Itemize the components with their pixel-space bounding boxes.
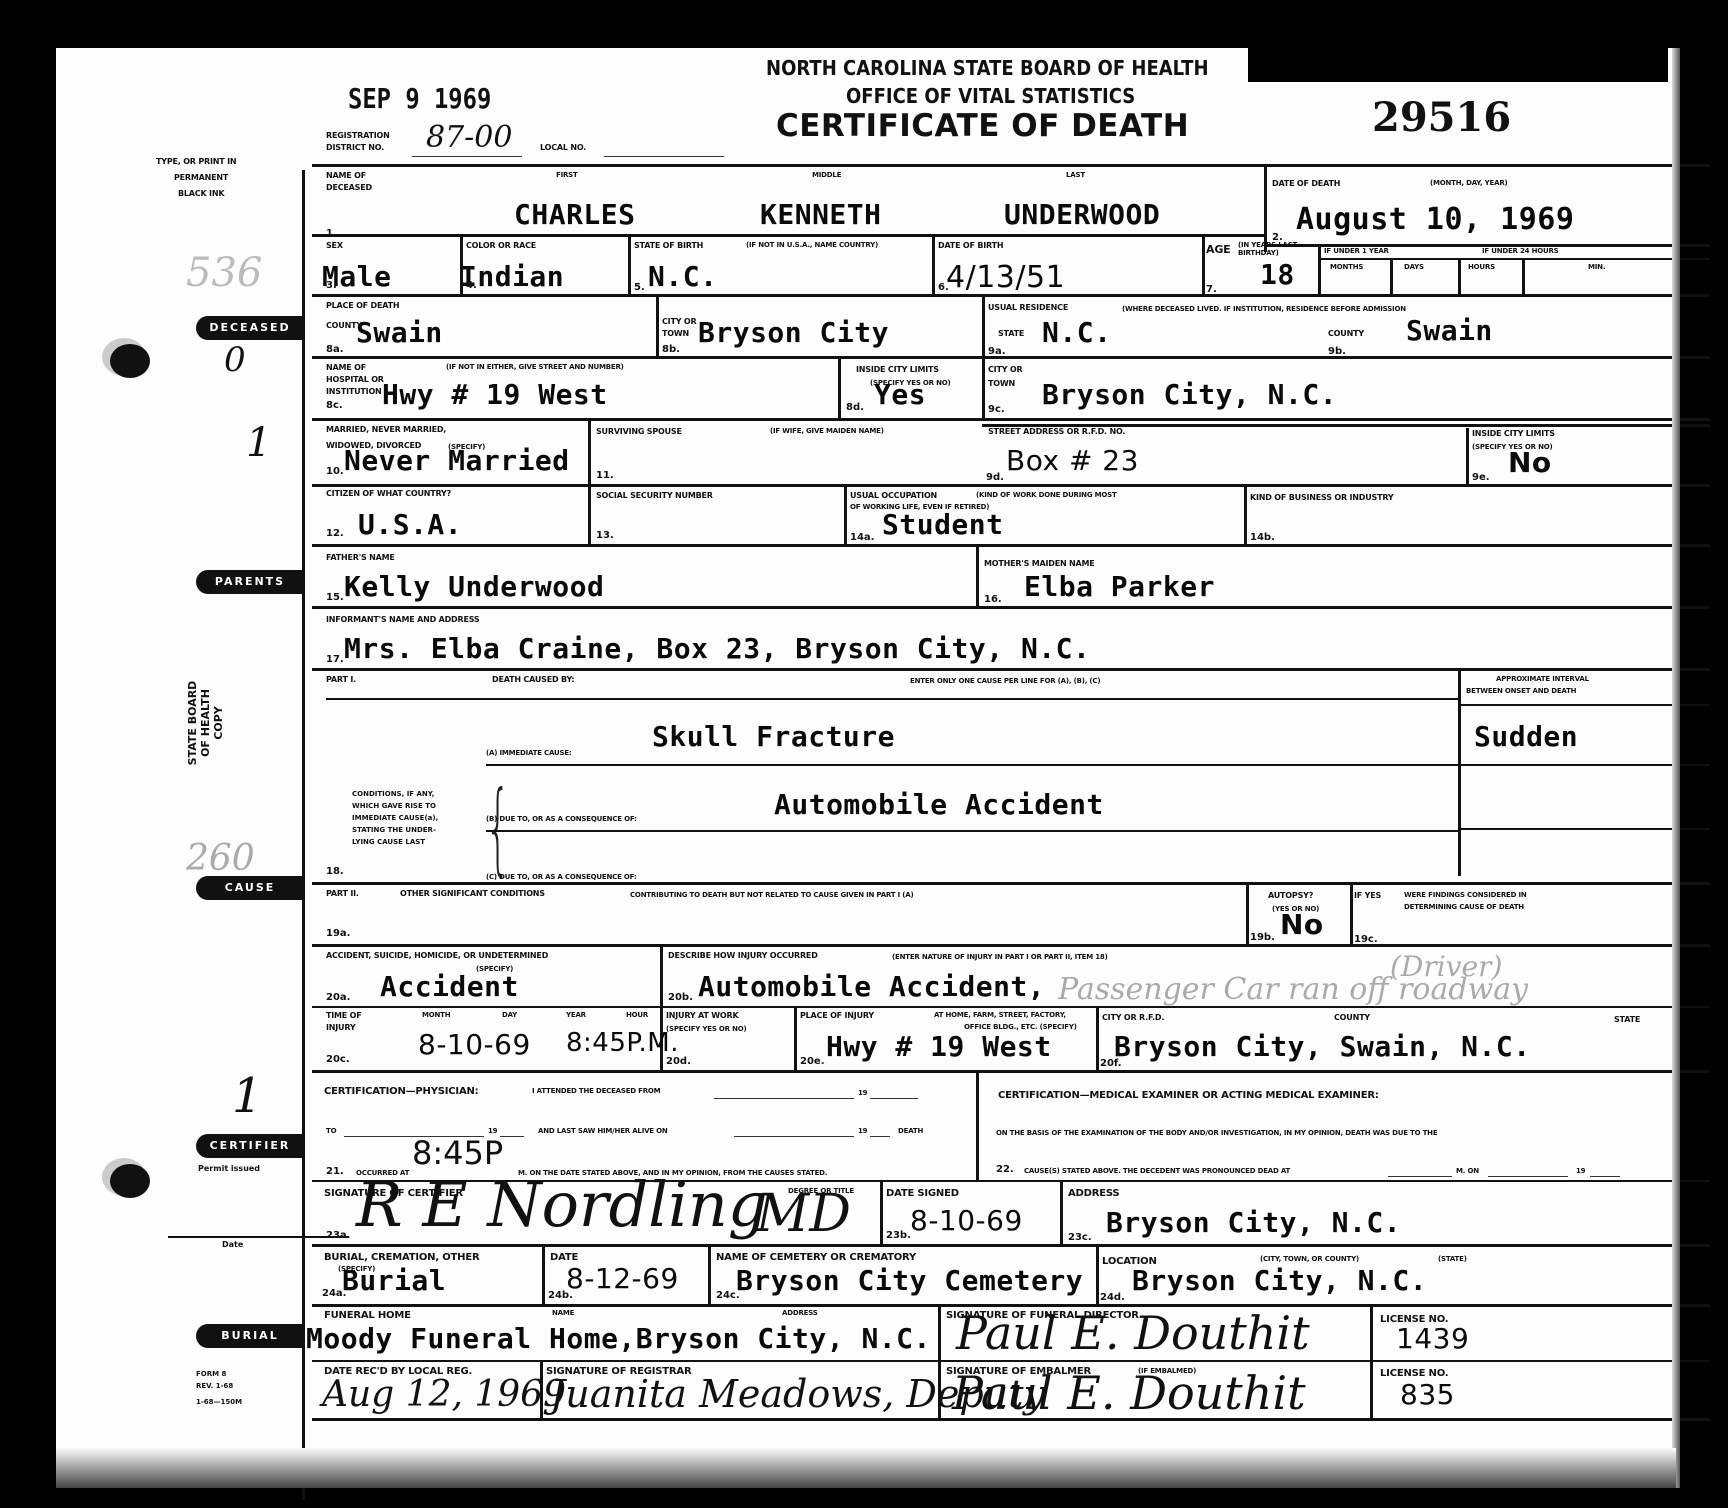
- last-saw-year[interactable]: [870, 1136, 890, 1137]
- agency-line-1: NORTH CAROLINA STATE BOARD OF HEALTH: [766, 56, 1209, 80]
- months-label: MONTHS: [1330, 264, 1363, 272]
- how-injury-occurred[interactable]: Automobile Accident,: [698, 970, 1045, 1003]
- item-number-8c: 8c.: [326, 400, 343, 411]
- hours-label: HOURS: [1468, 264, 1495, 272]
- time-of-injury-label-2: INJURY: [326, 1024, 355, 1033]
- item-number-5: 5.: [634, 282, 645, 293]
- item-number-23a: 23a.: [326, 1230, 350, 1241]
- item-number-23c: 23c.: [1068, 1232, 1092, 1243]
- margin-annotation-1a: 1: [246, 420, 271, 466]
- burial-date[interactable]: 8-12-69: [566, 1262, 679, 1295]
- residence-county[interactable]: Swain: [1406, 314, 1493, 347]
- section-tab-parents: PARENTS: [196, 570, 304, 594]
- divider: [932, 236, 935, 296]
- death-certificate-page: SEP 9 1969 NORTH CAROLINA STATE BOARD OF…: [56, 48, 1676, 1488]
- inside-city-limits[interactable]: Yes: [874, 378, 926, 411]
- redaction-block: [1248, 44, 1668, 82]
- divider: [312, 356, 1710, 359]
- age-hint: (IN YEARS LAST BIRTHDAY): [1238, 242, 1318, 257]
- ink-instruction-3: BLACK INK: [178, 190, 224, 199]
- pronounced-date-field[interactable]: [1488, 1176, 1568, 1177]
- medical-examiner-label: CERTIFICATION—MEDICAL EXAMINER OR ACTING…: [998, 1090, 1379, 1101]
- other-conditions-label: OTHER SIGNIFICANT CONDITIONS: [400, 890, 545, 899]
- mother-label: MOTHER'S MAIDEN NAME: [984, 560, 1095, 569]
- place-of-injury-label: PLACE OF INJURY: [800, 1012, 874, 1021]
- ssn-label: SOCIAL SECURITY NUMBER: [596, 492, 713, 501]
- item-number-9d: 9d.: [986, 472, 1004, 483]
- autopsy[interactable]: No: [1280, 908, 1324, 941]
- divider: [1096, 1246, 1099, 1306]
- divider: [1318, 258, 1710, 260]
- injury-at-work-hint: (SPECIFY YES OR NO): [666, 1026, 747, 1034]
- race-label: COLOR OR RACE: [466, 242, 536, 251]
- section-tab-cause: CAUSE: [196, 876, 304, 900]
- me-text-1: ON THE BASIS OF THE EXAMINATION OF THE B…: [996, 1130, 1437, 1138]
- embalmer-license[interactable]: 835: [1400, 1378, 1455, 1411]
- state-of-birth-hint: (IF NOT IN U.S.A., NAME COUNTRY): [746, 242, 878, 250]
- divider: [312, 944, 1710, 947]
- item-number-20a: 20a.: [326, 992, 350, 1003]
- copy-label: STATE BOARD OF HEALTH COPY: [186, 668, 225, 778]
- hospital-or-institution[interactable]: Hwy # 19 West: [382, 378, 608, 411]
- injury-date[interactable]: 8-10-69: [418, 1028, 531, 1061]
- how-injury-hint: (ENTER NATURE OF INJURY IN PART I OR PAR…: [892, 954, 1108, 962]
- conditions-label-line: CONDITIONS, IF ANY,: [352, 788, 438, 800]
- injury-location[interactable]: Bryson City, Swain, N.C.: [1114, 1030, 1531, 1063]
- manner-label: ACCIDENT, SUICIDE, HOMICIDE, OR UNDETERM…: [326, 952, 548, 961]
- divider: [312, 544, 1710, 547]
- divider: [838, 358, 841, 420]
- divider: [1060, 1182, 1063, 1244]
- divider: [486, 830, 1458, 832]
- agency-line-2: OFFICE OF VITAL STATISTICS: [846, 84, 1135, 108]
- other-conditions-hint: CONTRIBUTING TO DEATH BUT NOT RELATED TO…: [630, 892, 913, 900]
- injury-county-label: COUNTY: [1334, 1014, 1370, 1023]
- last-name-label: LAST: [1066, 172, 1085, 180]
- funeral-name-hint: NAME: [552, 1310, 574, 1318]
- findings-label-3: DETERMINING CAUSE OF DEATH: [1404, 904, 1524, 912]
- death-text: DEATH: [898, 1128, 923, 1136]
- spouse-hint: (IF WIFE, GIVE MAIDEN NAME): [770, 428, 884, 436]
- year-prefix-1: 19: [858, 1090, 867, 1098]
- ssn-field[interactable]: [616, 510, 836, 540]
- permit-date-label: Date: [222, 1240, 243, 1249]
- item-number-13: 13.: [596, 530, 614, 541]
- days-label: DAYS: [1404, 264, 1424, 272]
- spouse-label: SURVIVING SPOUSE: [596, 428, 682, 437]
- frame-left: [302, 170, 305, 1500]
- age-label: AGE: [1206, 244, 1230, 256]
- item-number-18: 18.: [326, 866, 344, 877]
- brace-icon: {: [485, 778, 510, 878]
- middle-name-label: MIDDLE: [812, 172, 841, 180]
- divider: [1390, 258, 1393, 296]
- conditions-label-line: WHICH GAVE RISE TO: [352, 800, 438, 812]
- certifier-signature[interactable]: R E Nordling: [356, 1168, 768, 1241]
- occupation-label: USUAL OCCUPATION: [850, 492, 937, 501]
- last-saw-field[interactable]: [734, 1136, 854, 1137]
- item-number-11: 11.: [596, 470, 614, 481]
- autopsy-label: AUTOPSY?: [1268, 892, 1313, 901]
- funeral-home-label: FUNERAL HOME: [324, 1310, 411, 1321]
- residence-city-label-2: TOWN: [988, 380, 1015, 389]
- month-label: MONTH: [422, 1012, 450, 1020]
- item-number-12: 12.: [326, 528, 344, 539]
- date-received[interactable]: Aug 12, 1969: [322, 1374, 566, 1415]
- item-number-16: 16.: [984, 594, 1002, 605]
- how-injury-label: DESCRIBE HOW INJURY OCCURRED: [668, 952, 818, 961]
- informant-name-address[interactable]: Mrs. Elba Craine, Box 23, Bryson City, N…: [344, 632, 1090, 665]
- divider: [656, 296, 659, 358]
- form-number-2: REV. 1-68: [196, 1382, 233, 1390]
- informant-label: INFORMANT'S NAME AND ADDRESS: [326, 616, 479, 625]
- year-prefix-4: 19: [1576, 1168, 1585, 1176]
- ink-instruction-2: PERMANENT: [174, 174, 228, 183]
- divider: [1246, 884, 1249, 944]
- item-number-8b: 8b.: [662, 344, 680, 355]
- section-tab-certifier: CERTIFIER: [196, 1134, 304, 1158]
- residence-city[interactable]: Bryson City, N.C.: [1042, 378, 1337, 411]
- cause-b-consequence[interactable]: Automobile Accident: [774, 788, 1104, 821]
- injury-hour[interactable]: 8:45P.M.: [566, 1028, 679, 1058]
- part-1-label: PART I.: [326, 676, 356, 685]
- pronounced-time-field[interactable]: [1388, 1176, 1452, 1177]
- divider: [312, 234, 1264, 237]
- day-label: DAY: [502, 1012, 517, 1020]
- item-number-8a: 8a.: [326, 344, 344, 355]
- disposition[interactable]: Burial: [342, 1264, 446, 1297]
- hospital-label-3: INSTITUTION: [326, 388, 382, 397]
- margin-annotation-260: 260: [186, 838, 255, 879]
- min-label: MIN.: [1588, 264, 1605, 272]
- date-signed-label: DATE SIGNED: [886, 1188, 959, 1199]
- item-number-9c: 9c.: [988, 404, 1005, 415]
- burial-location[interactable]: Bryson City, N.C.: [1132, 1264, 1427, 1297]
- registration-label-1: REGISTRATION: [326, 132, 390, 141]
- marital-label-1: MARRIED, NEVER MARRIED,: [326, 426, 446, 435]
- divider: [312, 1070, 1710, 1073]
- divider: [312, 1006, 1710, 1008]
- registration-underline: [412, 156, 522, 157]
- cemetery-label: NAME OF CEMETERY OR CREMATORY: [716, 1252, 916, 1263]
- hospital-label-1: NAME OF: [326, 364, 366, 373]
- date-of-death-hint: (MONTH, DAY, YEAR): [1430, 180, 1508, 188]
- item-number-23b: 23b.: [886, 1230, 911, 1241]
- attended-to-year[interactable]: [500, 1136, 524, 1137]
- street-address[interactable]: Box # 23: [1006, 444, 1139, 477]
- last-saw-text: AND LAST SAW HIM/HER ALIVE ON: [538, 1128, 668, 1136]
- document-title: CERTIFICATE OF DEATH: [776, 108, 1189, 144]
- hour-label: HOUR: [626, 1012, 648, 1020]
- business-label: KIND OF BUSINESS OR INDUSTRY: [1250, 494, 1393, 503]
- me-text-3: M. ON: [1456, 1168, 1479, 1176]
- divider: [1264, 166, 1267, 252]
- divider: [1096, 1008, 1099, 1070]
- first-name[interactable]: CHARLES: [514, 198, 636, 231]
- item-number-14b: 14b.: [1250, 532, 1275, 543]
- item-number-8d: 8d.: [846, 402, 864, 413]
- middle-name[interactable]: KENNETH: [760, 198, 882, 231]
- injury-at-work-label: INJURY AT WORK: [666, 1012, 738, 1021]
- item-number-10: 10.: [326, 466, 344, 477]
- item-number-19a: 19a.: [326, 928, 350, 939]
- cause-instruction: ENTER ONLY ONE CAUSE PER LINE FOR (a), (…: [910, 678, 1100, 686]
- interval-label-2: BETWEEN ONSET AND DEATH: [1466, 688, 1576, 696]
- divider: [588, 420, 591, 546]
- divider: [1522, 258, 1525, 296]
- mother-maiden-name[interactable]: Elba Parker: [1024, 570, 1215, 603]
- residence-hint: (WHERE DECEASED LIVED. IF INSTITUTION, R…: [1122, 306, 1406, 314]
- bottom-edge-shadow: [56, 1448, 1676, 1488]
- copy-label-1: STATE BOARD: [186, 668, 199, 778]
- divider: [312, 668, 1710, 671]
- item-number-3: 3.: [326, 280, 337, 291]
- copy-label-3: COPY: [212, 668, 225, 778]
- sex-label: SEX: [326, 242, 343, 251]
- father-name[interactable]: Kelly Underwood: [344, 570, 604, 603]
- divider: [312, 418, 1710, 421]
- burial-location-hint: (CITY, TOWN, OR COUNTY): [1260, 1256, 1359, 1264]
- divider: [312, 294, 1710, 297]
- item-number-14a: 14a.: [850, 532, 874, 543]
- date-of-death[interactable]: August 10, 1969: [1296, 202, 1574, 237]
- divider: [844, 486, 847, 546]
- ink-instruction-1: TYPE, OR PRINT IN: [156, 158, 236, 167]
- divider: [312, 1360, 1710, 1362]
- copy-label-2: OF HEALTH: [199, 668, 212, 778]
- divider: [1202, 236, 1205, 296]
- date-of-birth-label: DATE OF BIRTH: [938, 242, 1003, 251]
- divider: [486, 764, 1458, 766]
- findings-label-1: IF YES: [1354, 892, 1381, 901]
- name-label-1: NAME OF: [326, 172, 366, 181]
- margin-annotation-1b: 1: [232, 1068, 263, 1124]
- item-number-9e: 9e.: [1472, 472, 1490, 483]
- physician-certification-label: CERTIFICATION—PHYSICIAN:: [324, 1086, 478, 1097]
- state-of-birth[interactable]: N.C.: [648, 260, 717, 293]
- divider: [794, 1008, 797, 1070]
- death-time[interactable]: 8:45P: [412, 1134, 503, 1172]
- death-county[interactable]: Swain: [356, 316, 443, 349]
- disposition-label: BURIAL, CREMATION, OTHER: [324, 1252, 479, 1263]
- date-of-death-label: DATE OF DEATH: [1272, 180, 1340, 189]
- death-caused-by-label: DEATH CAUSED BY:: [492, 676, 574, 685]
- item-number-22: 22.: [996, 1164, 1014, 1175]
- divider: [312, 882, 1710, 885]
- director-signature[interactable]: Paul E. Douthit: [956, 1306, 1310, 1360]
- divider: [1244, 486, 1247, 546]
- divider: [1370, 1306, 1373, 1418]
- conditions-label-line: IMMEDIATE CAUSE(a),: [352, 812, 438, 824]
- citizenship[interactable]: U.S.A.: [358, 508, 462, 541]
- divider: [976, 1072, 979, 1182]
- divider: [312, 1244, 1710, 1247]
- father-label: FATHER'S NAME: [326, 554, 395, 563]
- cause-c-label: (c) DUE TO, OR AS A CONSEQUENCE OF:: [486, 874, 636, 882]
- item-number-21: 21.: [326, 1166, 344, 1177]
- injury-city-label: CITY OR R.F.D.: [1102, 1014, 1164, 1023]
- margin-annotation-0: 0: [224, 340, 246, 380]
- divider: [1458, 258, 1461, 296]
- attended-from-field[interactable]: [714, 1098, 854, 1099]
- certifier-address-label: ADDRESS: [1068, 1188, 1119, 1199]
- cause-a-interval[interactable]: Sudden: [1474, 720, 1578, 753]
- embalmer-signature[interactable]: Paul E. Douthit: [952, 1366, 1306, 1420]
- interval-label-1: APPROXIMATE INTERVAL: [1496, 676, 1589, 684]
- part-2-label: PART II.: [326, 890, 359, 899]
- registration-district-value: 87-00: [426, 120, 512, 155]
- marital-status[interactable]: Never Married: [344, 444, 570, 477]
- cause-a-immediate[interactable]: Skull Fracture: [652, 720, 895, 753]
- me-text-2: CAUSE(S) STATED ABOVE. THE DECEDENT WAS …: [1024, 1168, 1290, 1176]
- under-24-hours-label: IF UNDER 24 HOURS: [1482, 248, 1559, 256]
- divider: [1318, 244, 1321, 296]
- cemetery-name[interactable]: Bryson City Cemetery: [736, 1264, 1083, 1297]
- item-number-4: 4.: [466, 280, 477, 291]
- divider: [1466, 428, 1469, 486]
- section-tab-burial: BURIAL: [196, 1324, 304, 1348]
- injury-at-work-field[interactable]: [692, 1038, 788, 1064]
- other-conditions-field[interactable]: [356, 908, 1236, 938]
- divider: [628, 236, 631, 296]
- conditions-label: CONDITIONS, IF ANY, WHICH GAVE RISE TO I…: [352, 788, 438, 848]
- certifier-degree[interactable]: MD: [756, 1184, 851, 1244]
- right-edge-shadow: [1672, 48, 1680, 1488]
- punch-hole-top: [110, 344, 150, 378]
- residence-county-label: COUNTY: [1328, 330, 1364, 339]
- stamp-date: SEP 9 1969: [348, 82, 491, 115]
- divider: [976, 546, 979, 608]
- certificate-number: 29516: [1372, 94, 1511, 141]
- director-license[interactable]: 1439: [1396, 1322, 1469, 1355]
- divider: [1350, 884, 1353, 944]
- date-of-birth[interactable]: 4/13/51: [946, 260, 1065, 295]
- hospital-hint: (IF NOT IN EITHER, GIVE STREET AND NUMBE…: [446, 364, 624, 372]
- attended-text: I ATTENDED THE DECEASED FROM: [532, 1088, 660, 1096]
- local-no-label: LOCAL NO.: [540, 144, 586, 153]
- citizen-label: CITIZEN OF WHAT COUNTRY?: [326, 490, 451, 499]
- time-of-injury-label-1: TIME OF: [326, 1012, 362, 1021]
- residence-city-label-1: CITY OR: [988, 366, 1022, 375]
- item-number-20e: 20e.: [800, 1056, 825, 1067]
- certifier-address[interactable]: Bryson City, N.C.: [1106, 1206, 1401, 1239]
- findings-label-2: WERE FINDINGS CONSIDERED IN: [1404, 892, 1527, 900]
- divider: [708, 1246, 711, 1306]
- residence-inside-city-label: INSIDE CITY LIMITS: [1472, 430, 1555, 439]
- occupation[interactable]: Student: [882, 508, 1004, 541]
- local-no-field[interactable]: [604, 156, 724, 157]
- place-hint-1: AT HOME, FARM, STREET, FACTORY,: [934, 1012, 1066, 1020]
- cause-b-label: (b) DUE TO, OR AS A CONSEQUENCE OF:: [486, 816, 637, 824]
- city-label-2: TOWN: [662, 330, 689, 339]
- pronounced-year-field[interactable]: [1590, 1176, 1620, 1177]
- street-address-label: STREET ADDRESS OR R.F.D. No.: [988, 428, 1125, 437]
- last-name[interactable]: UNDERWOOD: [1004, 198, 1160, 231]
- how-injury-handwritten-note: (Driver): [1390, 950, 1502, 983]
- year-label: YEAR: [566, 1012, 586, 1020]
- funeral-address-hint: ADDRESS: [782, 1310, 818, 1318]
- name-label-2: DECEASED: [326, 184, 372, 193]
- frame-top: [312, 164, 1710, 167]
- divider: [542, 1246, 545, 1306]
- divider: [312, 606, 1710, 609]
- item-number-20c: 20c.: [326, 1054, 350, 1065]
- section-tab-deceased: DECEASED: [196, 316, 304, 340]
- permit-date-line: [168, 1236, 348, 1238]
- divider: [540, 1362, 543, 1418]
- first-name-label: FIRST: [556, 172, 578, 180]
- registration-label-2: DISTRICT NO.: [326, 144, 384, 153]
- form-number-3: 1-68—150M: [196, 1398, 242, 1406]
- to-text: TO: [326, 1128, 336, 1136]
- conditions-label-line: STATING THE UNDER-: [352, 824, 438, 836]
- item-number-17: 17.: [326, 654, 344, 665]
- age[interactable]: 18: [1260, 258, 1295, 291]
- conditions-label-line: LYING CAUSE LAST: [352, 836, 438, 848]
- residence-label: USUAL RESIDENCE: [988, 304, 1068, 313]
- cause-c-field[interactable]: [656, 854, 1446, 878]
- place-of-injury[interactable]: Hwy # 19 West: [826, 1030, 1052, 1063]
- divider: [982, 424, 1710, 427]
- punch-hole-bottom: [110, 1164, 150, 1198]
- manner-of-death[interactable]: Accident: [380, 970, 519, 1003]
- divider: [326, 698, 1458, 700]
- margin-annotation-536: 536: [186, 250, 262, 296]
- place-of-death-label: PLACE OF DEATH: [326, 302, 399, 311]
- death-city[interactable]: Bryson City: [698, 316, 889, 349]
- state-of-birth-label: STATE OF BIRTH: [634, 242, 703, 251]
- item-number-24d: 24d.: [1100, 1292, 1125, 1303]
- inside-city-label: INSIDE CITY LIMITS: [856, 366, 939, 375]
- item-number-15: 15.: [326, 592, 344, 603]
- item-number-20b: 20b.: [668, 992, 693, 1003]
- under-1-year-label: IF UNDER 1 YEAR: [1324, 248, 1389, 256]
- burial-location-state-hint: (STATE): [1438, 1256, 1467, 1264]
- divider: [1458, 670, 1461, 876]
- surviving-spouse-field[interactable]: [616, 448, 976, 478]
- residence-inside-city[interactable]: No: [1508, 446, 1552, 479]
- residence-state-label: STATE: [998, 330, 1024, 339]
- city-label-1: CITY OR: [662, 318, 696, 327]
- divider: [880, 1182, 883, 1244]
- injury-state-label: STATE: [1614, 1016, 1640, 1025]
- form-number-1: FORM 8: [196, 1370, 226, 1378]
- business-field[interactable]: [1276, 512, 1696, 542]
- permit-issued-label: Permit issued: [198, 1164, 260, 1173]
- occupation-hint-1: (KIND OF WORK DONE DURING MOST: [976, 492, 1117, 500]
- item-number-19b: 19b.: [1250, 932, 1275, 943]
- frame-bottom: [312, 1418, 1710, 1421]
- date-signed[interactable]: 8-10-69: [910, 1204, 1023, 1237]
- divider: [312, 484, 1710, 487]
- residence-state[interactable]: N.C.: [1042, 316, 1111, 349]
- hospital-label-2: HOSPITAL OR: [326, 376, 384, 385]
- year-prefix-3: 19: [858, 1128, 867, 1136]
- cause-a-label: (a) IMMEDIATE CAUSE:: [486, 750, 572, 758]
- item-number-20d: 20d.: [666, 1056, 691, 1067]
- attended-from-year[interactable]: [870, 1098, 918, 1099]
- funeral-home[interactable]: Moody Funeral Home,Bryson City, N.C.: [306, 1322, 931, 1355]
